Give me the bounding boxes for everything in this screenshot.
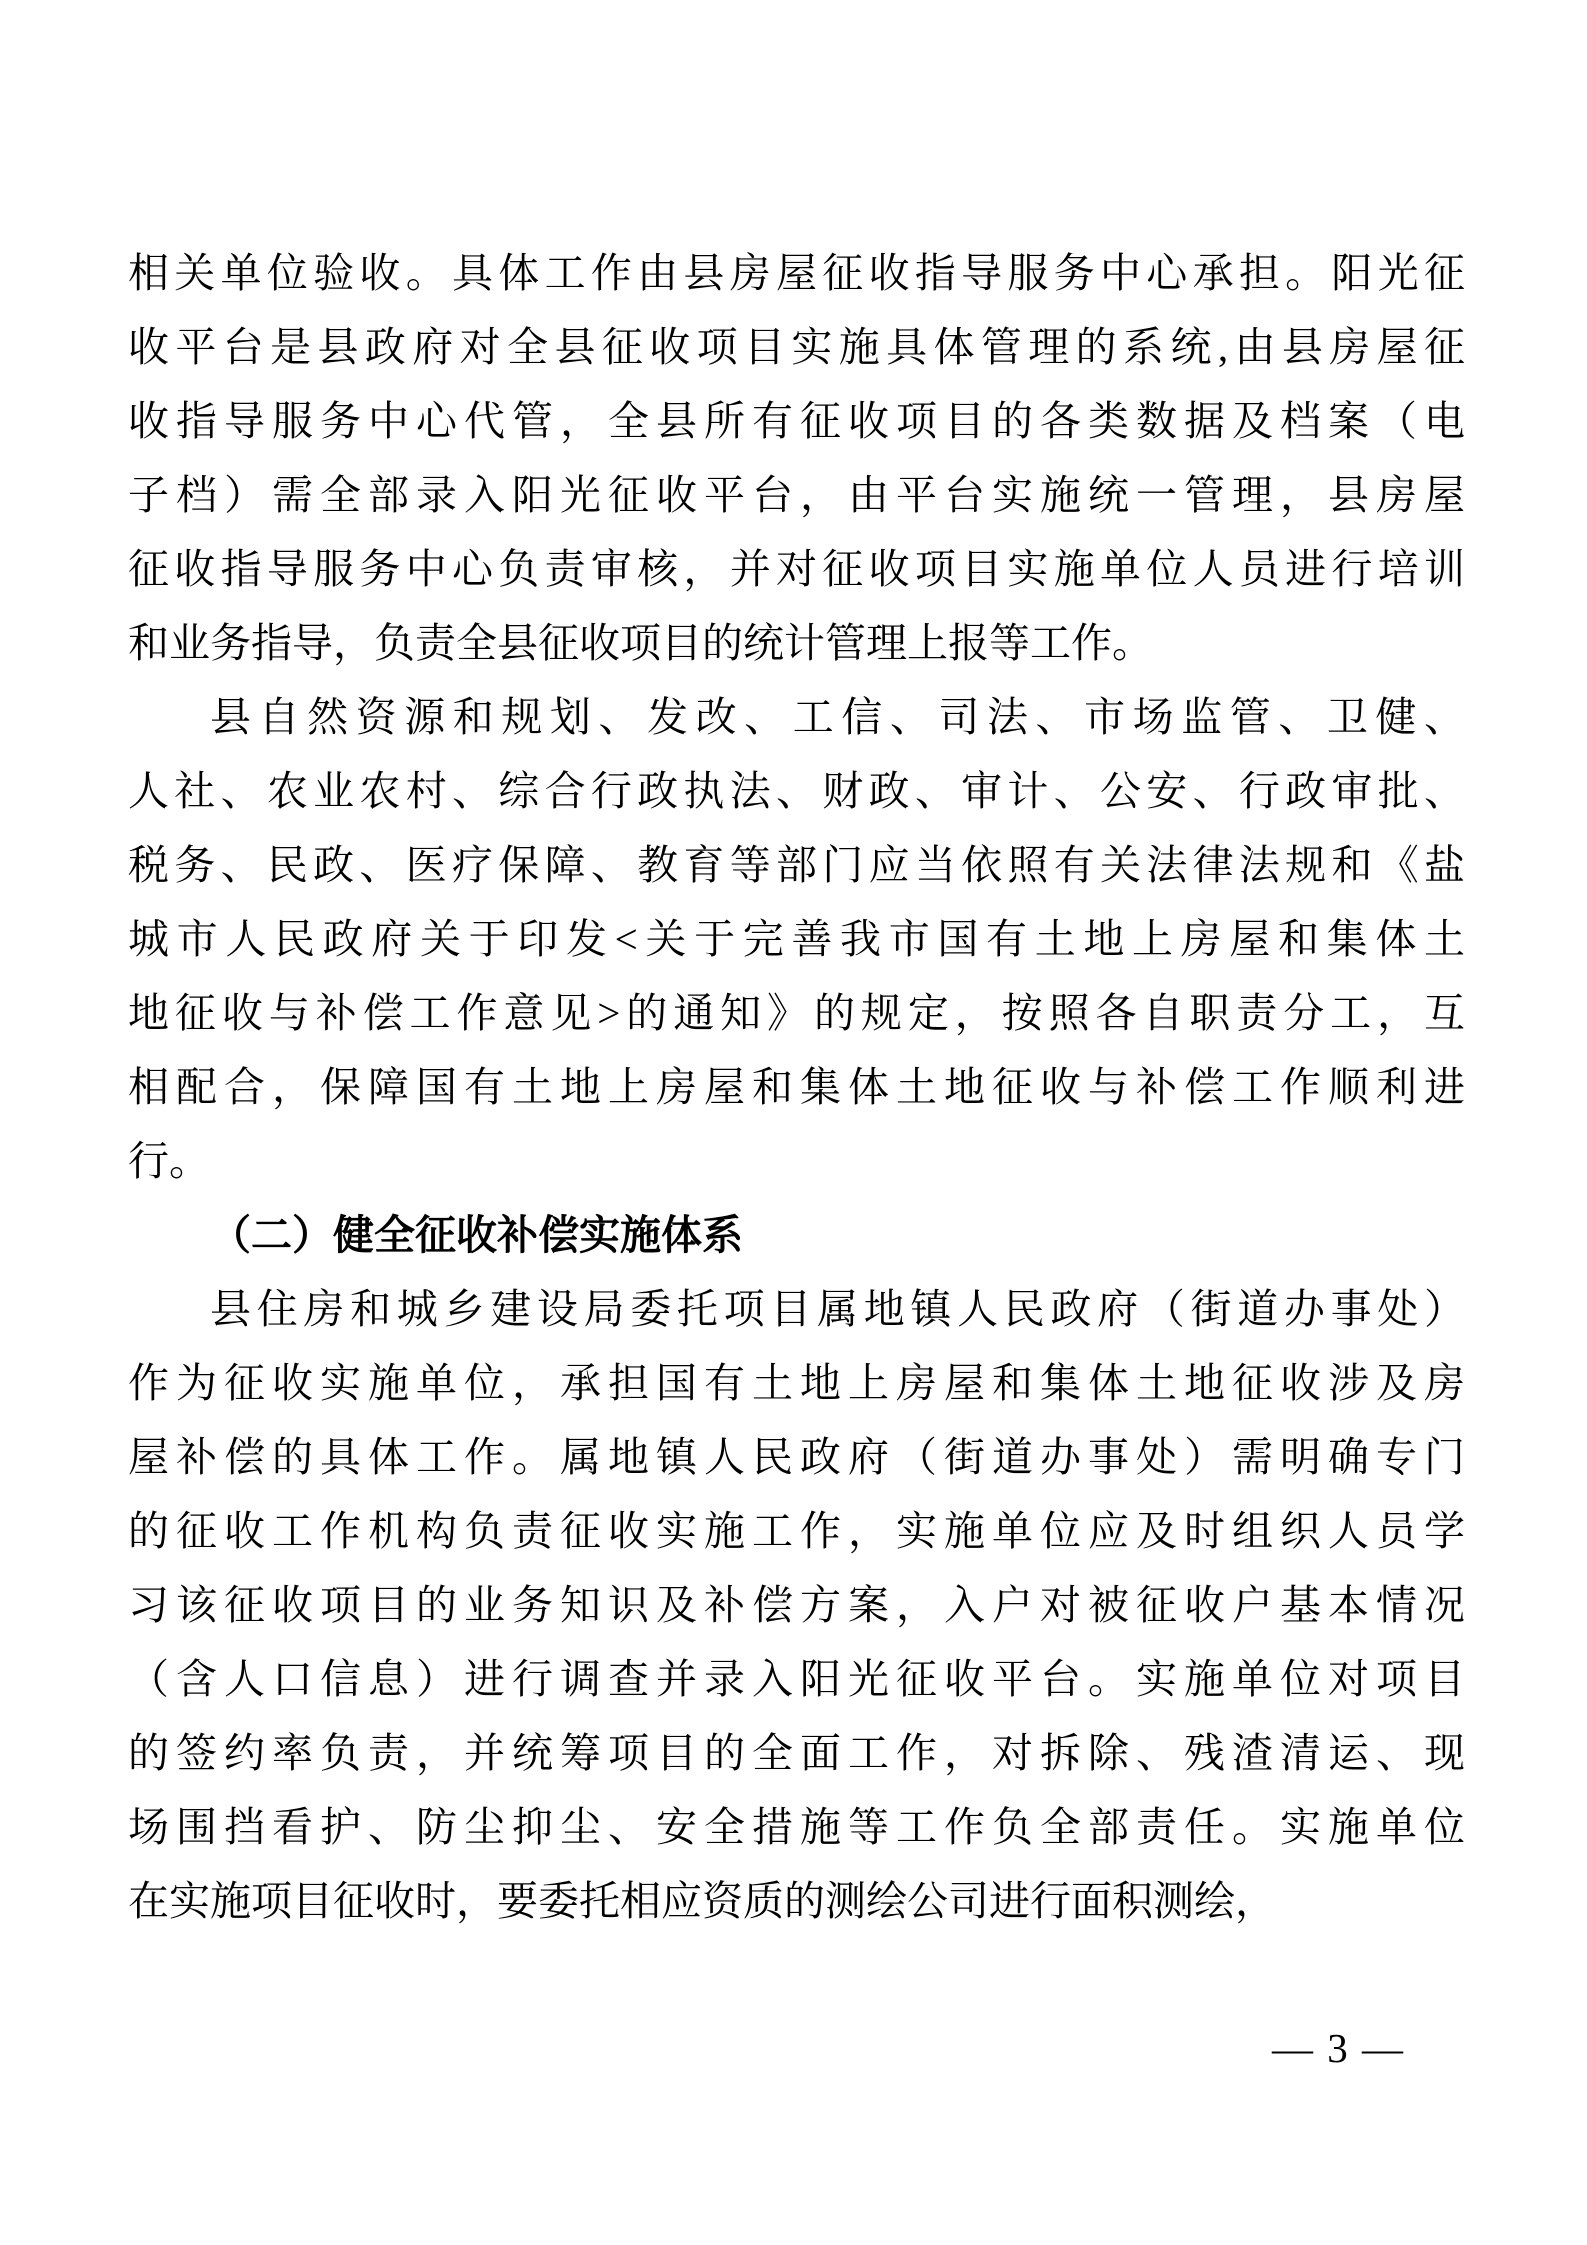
- text-line-9: 税务、民政、医疗保障、教育等部门应当依照有关法律法规和《盐: [128, 828, 1465, 902]
- text-line-1: 相关单位验收。具体工作由县房屋征收指导服务中心承担。阳光征: [128, 236, 1465, 310]
- text-line-23: 在实施项目征收时，要委托相应资质的测绘公司进行面积测绘，: [128, 1864, 1465, 1938]
- text-line-22: 场围挡看护、防尘抑尘、安全措施等工作负全部责任。实施单位: [128, 1790, 1465, 1864]
- document-page: 相关单位验收。具体工作由县房屋征收指导服务中心承担。阳光征收平台是县政府对全县征…: [0, 0, 1587, 2245]
- text-line-12: 相配合，保障国有土地上房屋和集体土地征收与补偿工作顺利进: [128, 1050, 1465, 1124]
- section-heading: （二）健全征收补偿实施体系: [128, 1198, 1465, 1272]
- text-line-6: 和业务指导，负责全县征收项目的统计管理上报等工作。: [128, 606, 1465, 680]
- text-line-18: 的征收工作机构负责征收实施工作，实施单位应及时组织人员学: [128, 1494, 1465, 1568]
- text-line-10: 城市人民政府关于印发<关于完善我市国有土地上房屋和集体土: [128, 902, 1465, 976]
- text-line-21: 的签约率负责，并统筹项目的全面工作，对拆除、残渣清运、现: [128, 1716, 1465, 1790]
- text-line-20: （含人口信息）进行调查并录入阳光征收平台。实施单位对项目: [128, 1642, 1465, 1716]
- text-line-11: 地征收与补偿工作意见>的通知》的规定，按照各自职责分工，互: [128, 976, 1465, 1050]
- text-line-7: 县自然资源和规划、发改、工信、司法、市场监管、卫健、: [128, 680, 1465, 754]
- text-line-19: 习该征收项目的业务知识及补偿方案，入户对被征收户基本情况: [128, 1568, 1465, 1642]
- document-body: 相关单位验收。具体工作由县房屋征收指导服务中心承担。阳光征收平台是县政府对全县征…: [128, 236, 1465, 1938]
- text-line-13: 行。: [128, 1124, 1465, 1198]
- text-line-8: 人社、农业农村、综合行政执法、财政、审计、公安、行政审批、: [128, 754, 1465, 828]
- text-line-5: 征收指导服务中心负责审核，并对征收项目实施单位人员进行培训: [128, 532, 1465, 606]
- text-line-16: 作为征收实施单位，承担国有土地上房屋和集体土地征收涉及房: [128, 1346, 1465, 1420]
- page-number: — 3 —: [1272, 2026, 1405, 2070]
- text-line-4: 子档）需全部录入阳光征收平台，由平台实施统一管理，县房屋: [128, 458, 1465, 532]
- text-line-2: 收平台是县政府对全县征收项目实施具体管理的系统,由县房屋征: [128, 310, 1465, 384]
- text-line-15: 县住房和城乡建设局委托项目属地镇人民政府（街道办事处）: [128, 1272, 1465, 1346]
- text-line-17: 屋补偿的具体工作。属地镇人民政府（街道办事处）需明确专门: [128, 1420, 1465, 1494]
- text-line-3: 收指导服务中心代管，全县所有征收项目的各类数据及档案（电: [128, 384, 1465, 458]
